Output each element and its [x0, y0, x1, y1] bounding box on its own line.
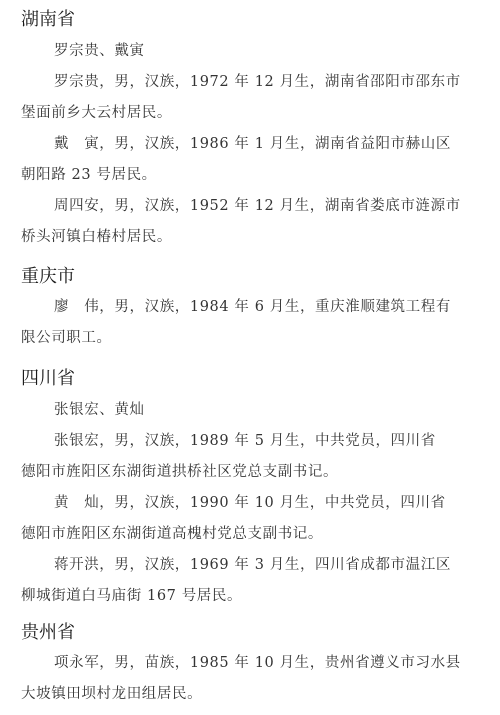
bio-line: 戴 寅，男，汉族，1986 年 1 月生，湖南省益阳市赫山区	[54, 134, 451, 154]
bio-line: 罗宗贵，男，汉族，1972 年 12 月生，湖南省邵阳市邵东市	[54, 72, 461, 92]
bio-line: 黄 灿，男，汉族，1990 年 10 月生，中共党员，四川省	[54, 493, 446, 513]
bio-line: 项永军，男，苗族，1985 年 10 月生，贵州省遵义市习水县	[54, 653, 461, 673]
names-line: 罗宗贵、戴寅	[54, 41, 145, 61]
bio-line: 蒋开洪，男，汉族，1969 年 3 月生，四川省成都市温江区	[54, 555, 451, 575]
section-heading-chongqing: 重庆市	[21, 266, 75, 288]
bio-line: 德阳市旌阳区东湖街道拱桥社区党总支副书记。	[21, 462, 338, 482]
bio-line: 朝阳路 23 号居民。	[21, 165, 157, 185]
bio-line: 限公司职工。	[21, 328, 112, 348]
bio-line: 德阳市旌阳区东湖街道高槐村党总支副书记。	[21, 524, 323, 544]
bio-line: 桥头河镇白椿村居民。	[21, 227, 172, 247]
section-heading-guizhou: 贵州省	[21, 622, 75, 644]
bio-line: 大坡镇田坝村龙田组居民。	[21, 684, 202, 704]
section-heading-hunan: 湖南省	[21, 9, 75, 31]
bio-line: 柳城街道白马庙街 167 号居民。	[21, 586, 242, 606]
bio-line: 廖 伟，男，汉族，1984 年 6 月生，重庆淮顺建筑工程有	[54, 297, 451, 317]
names-line: 张银宏、黄灿	[54, 400, 145, 420]
section-heading-sichuan: 四川省	[21, 368, 75, 390]
bio-line: 张银宏，男，汉族，1989 年 5 月生，中共党员，四川省	[54, 431, 436, 451]
bio-line: 周四安，男，汉族，1952 年 12 月生，湖南省娄底市涟源市	[54, 196, 461, 216]
bio-line: 堡面前乡大云村居民。	[21, 103, 172, 123]
